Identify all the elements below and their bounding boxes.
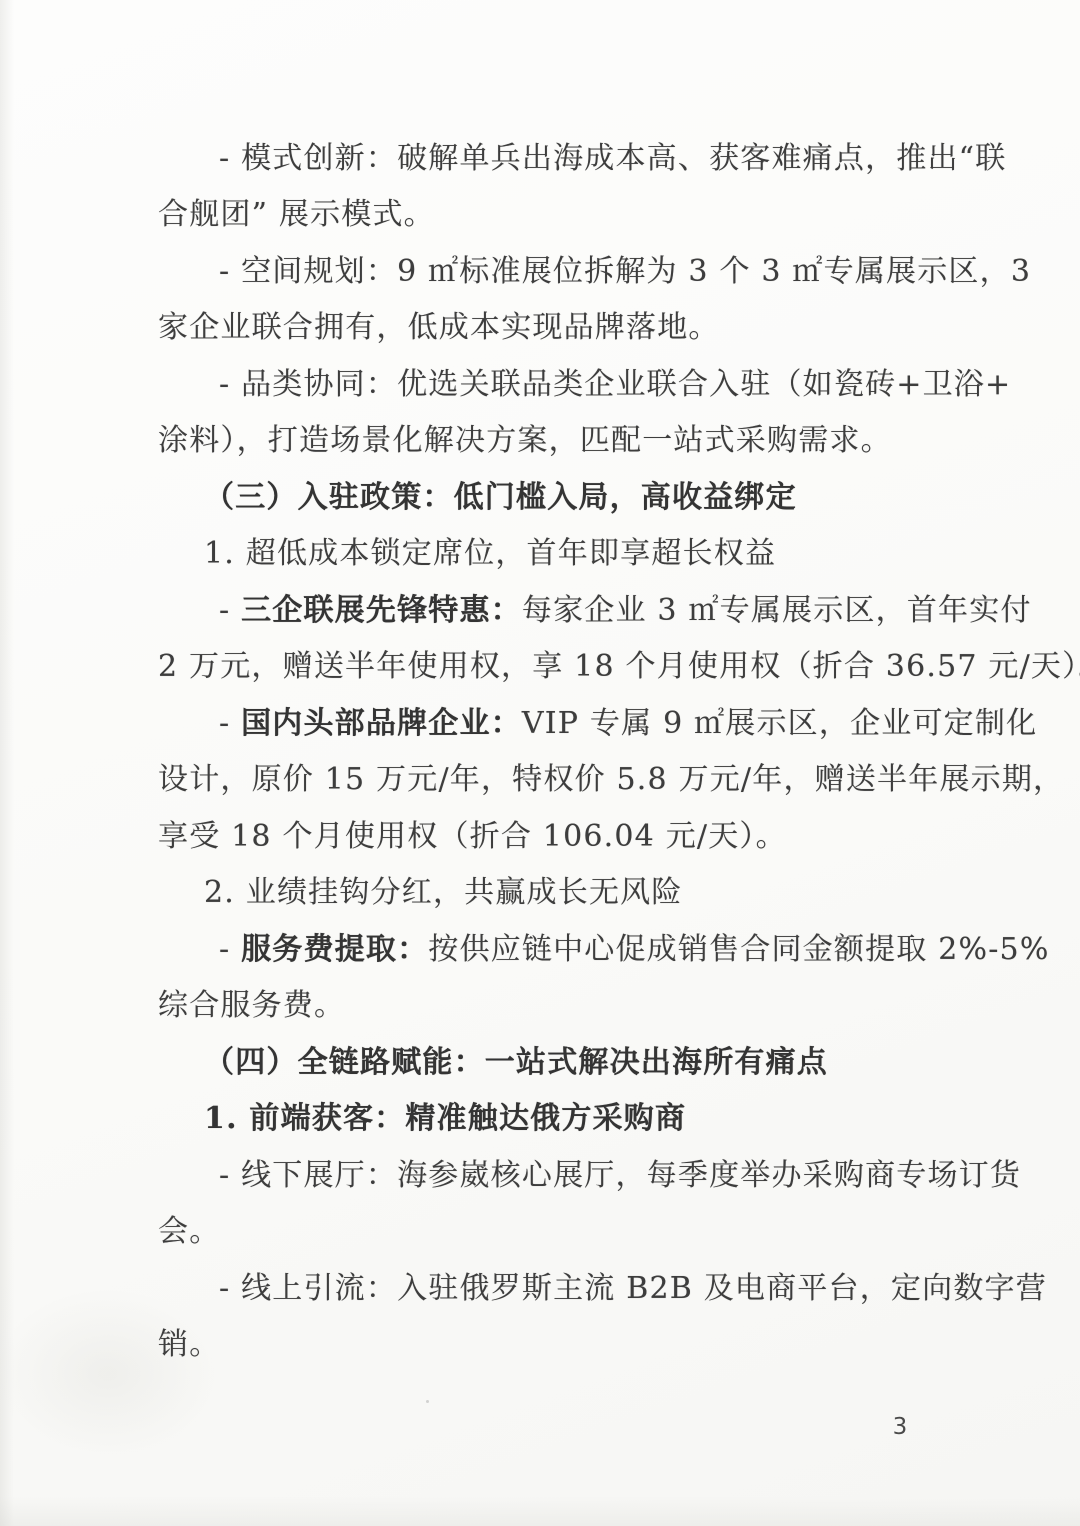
text-line: - 品类协同：优选关联品类企业联合入驻（如瓷砖+卫浴+ <box>158 356 1011 413</box>
text-run: VIP 专属 9 ㎡展示区，企业可定制化 <box>522 706 1037 741</box>
text-run-bold: 1. 前端获客：精准触达俄方采购商 <box>204 1101 686 1136</box>
text-run: 合舰团” 展示模式。 <box>158 197 435 232</box>
text-run: - 线上引流：入驻俄罗斯主流 B2B 及电商平台，定向数字营 <box>219 1271 1047 1306</box>
text-run: - <box>219 593 241 628</box>
text-line: 家企业联合拥有，低成本实现品牌落地。 <box>158 299 720 356</box>
text-run-bold: 三企联展先锋特惠： <box>241 593 522 628</box>
text-run: - 空间规划：9 ㎡标准展位拆解为 3 个 3 ㎡专属展示区，3 <box>219 254 1031 289</box>
text-run: 综合服务费。 <box>158 988 345 1023</box>
text-run: 1. 超低成本锁定席位，首年即享超长权益 <box>204 536 776 571</box>
text-line: - 服务费提取：按供应链中心促成销售合同金额提取 2%-5% <box>158 921 1050 978</box>
scanned-document-page: - 模式创新：破解单兵出海成本高、获客难痛点，推出“联合舰团” 展示模式。- 空… <box>0 0 1080 1526</box>
document-body: - 模式创新：破解单兵出海成本高、获客难痛点，推出“联合舰团” 展示模式。- 空… <box>0 0 1080 1526</box>
text-run: - 品类协同：优选关联品类企业联合入驻（如瓷砖+卫浴+ <box>219 367 1011 402</box>
text-run: 2. 业绩挂钩分红，共赢成长无风险 <box>204 875 683 910</box>
text-run: 2 万元，赠送半年使用权，享 18 个月使用权（折合 36.57 元/天）。 <box>158 649 1080 684</box>
text-run: 会。 <box>158 1214 220 1249</box>
text-run: 每家企业 3 ㎡专属展示区，首年实付 <box>522 593 1032 628</box>
text-run: 按供应链中心促成销售合同金额提取 2%-5% <box>428 932 1049 967</box>
text-run: - <box>219 706 241 741</box>
text-line: 1. 前端获客：精准触达俄方采购商 <box>158 1090 686 1147</box>
text-run: - 模式创新：破解单兵出海成本高、获客难痛点，推出“联 <box>219 141 1006 176</box>
text-run: - <box>219 932 241 967</box>
text-line: 1. 超低成本锁定席位，首年即享超长权益 <box>158 525 776 582</box>
text-line: 享受 18 个月使用权（折合 106.04 元/天）。 <box>158 808 787 865</box>
text-run-bold: （四）全链路赋能：一站式解决出海所有痛点 <box>204 1045 828 1080</box>
text-line: （四）全链路赋能：一站式解决出海所有痛点 <box>158 1034 828 1091</box>
scan-artifact <box>426 1400 429 1403</box>
text-line: - 模式创新：破解单兵出海成本高、获客难痛点，推出“联 <box>158 130 1006 187</box>
text-line: 综合服务费。 <box>158 977 345 1034</box>
text-line: 2 万元，赠送半年使用权，享 18 个月使用权（折合 36.57 元/天）。 <box>158 638 1080 695</box>
text-line: 合舰团” 展示模式。 <box>158 186 435 243</box>
text-run: - 线下展厅：海参崴核心展厅，每季度举办采购商专场订货 <box>219 1158 1021 1193</box>
text-line: 销。 <box>158 1316 220 1373</box>
text-line: - 线上引流：入驻俄罗斯主流 B2B 及电商平台，定向数字营 <box>158 1260 1047 1317</box>
text-line: 2. 业绩挂钩分红，共赢成长无风险 <box>158 864 683 921</box>
text-line: （三）入驻政策：低门槛入局，高收益绑定 <box>158 469 797 526</box>
text-line: 设计，原价 15 万元/年，特权价 5.8 万元/年，赠送半年展示期， <box>158 751 1064 808</box>
text-line: 涂料），打造场景化解决方案，匹配一站式采购需求。 <box>158 412 892 469</box>
text-run: 涂料），打造场景化解决方案，匹配一站式采购需求。 <box>158 423 892 458</box>
text-line: - 三企联展先锋特惠：每家企业 3 ㎡专属展示区，首年实付 <box>158 582 1032 639</box>
text-line: - 线下展厅：海参崴核心展厅，每季度举办采购商专场订货 <box>158 1147 1021 1204</box>
text-run: 销。 <box>158 1327 220 1362</box>
text-line: - 空间规划：9 ㎡标准展位拆解为 3 个 3 ㎡专属展示区，3 <box>158 243 1031 300</box>
text-line: 会。 <box>158 1203 220 1260</box>
text-run-bold: 服务费提取： <box>241 932 428 967</box>
text-line: - 国内头部品牌企业：VIP 专属 9 ㎡展示区，企业可定制化 <box>158 695 1037 752</box>
page-number: 3 <box>880 1404 920 1450</box>
text-run: 享受 18 个月使用权（折合 106.04 元/天）。 <box>158 819 787 854</box>
text-run: 家企业联合拥有，低成本实现品牌落地。 <box>158 310 720 345</box>
text-run-bold: （三）入驻政策：低门槛入局，高收益绑定 <box>204 480 797 515</box>
text-run: 设计，原价 15 万元/年，特权价 5.8 万元/年，赠送半年展示期， <box>158 762 1064 797</box>
text-run-bold: 国内头部品牌企业： <box>241 706 522 741</box>
